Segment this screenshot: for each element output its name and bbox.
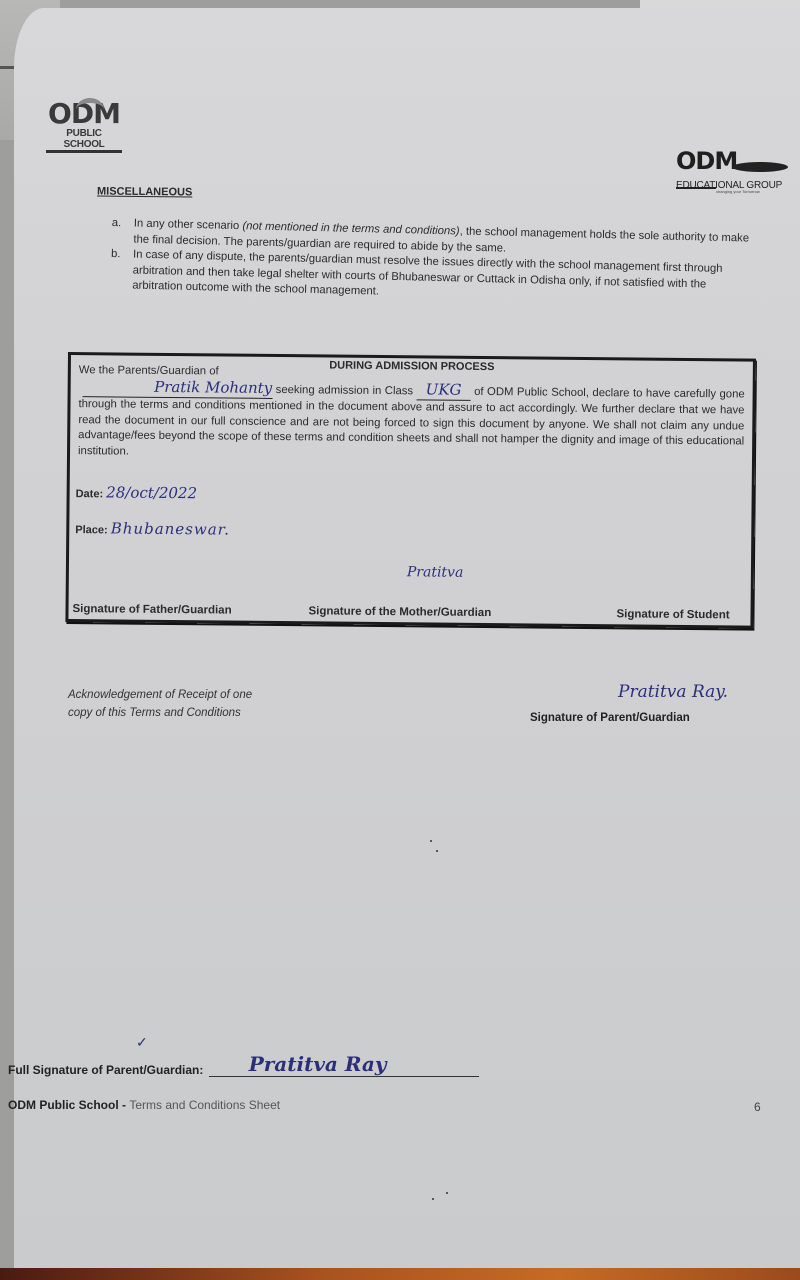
miscellaneous-list: a. In any other scenario (not mentioned … — [110, 216, 757, 309]
declaration-box: DURING ADMISSION PROCESS We the Parents/… — [65, 352, 756, 629]
parent-signature-label: Signature of Parent/Guardian — [530, 712, 690, 724]
acknowledgement-line: Acknowledgement of Receipt of one — [68, 686, 252, 704]
place-value: Bhubaneswar. — [111, 519, 230, 538]
class-field[interactable]: UKG — [417, 382, 471, 401]
full-signature-line[interactable]: Pratitva Ray — [209, 1052, 479, 1077]
full-signature-value: Pratitva Ray — [249, 1052, 387, 1076]
footer-separator: - — [119, 1098, 130, 1112]
father-signature-label: Signature of Father/Guardian — [72, 603, 231, 617]
footer-school: ODM Public School — [8, 1098, 119, 1112]
list-item-label: a. — [112, 216, 122, 232]
declaration-text-part: We the Parents/Guardian of — [79, 364, 219, 377]
acknowledgement-text: Acknowledgement of Receipt of one copy o… — [68, 686, 252, 722]
place-label: Place: — [75, 524, 108, 536]
acknowledgement-line: copy of this Terms and Conditions — [68, 704, 252, 722]
mother-signature-scribble: Pratitva — [407, 564, 464, 581]
logo-subtitle: PUBLIC SCHOOL — [46, 128, 122, 153]
odm-educational-group-logo: ODM EDUCATIONAL GROUP changing your Tomo… — [676, 148, 792, 194]
list-item-label: b. — [111, 247, 121, 263]
speck — [446, 1192, 448, 1194]
person-figure-icon — [76, 98, 104, 121]
declaration-text: We the Parents/Guardian of Pratik Mohant… — [78, 363, 745, 466]
speck — [430, 840, 432, 842]
parent-signature-scribble: Pratitva Ray. — [618, 682, 728, 702]
document-content: ODM PUBLIC SCHOOL ODM EDUCATIONAL GROUP … — [0, 0, 800, 1280]
section-title-miscellaneous: MISCELLANEOUS — [97, 186, 192, 199]
list-item-italic-text: (not mentioned in the terms and conditio… — [242, 220, 460, 237]
mother-signature-label: Signature of the Mother/Guardian — [308, 605, 491, 619]
list-item-text: In any other scenario — [134, 218, 243, 233]
date-value: 28/oct/2022 — [106, 483, 197, 502]
speck — [436, 850, 438, 852]
surfer-swoosh-icon — [732, 162, 788, 172]
page-number: 6 — [754, 1100, 761, 1114]
student-name-value: Pratik Mohanty — [154, 377, 272, 396]
footer-doc-title: Terms and Conditions Sheet — [129, 1098, 280, 1112]
full-signature-label: Full Signature of Parent/Guardian: — [8, 1063, 203, 1077]
full-signature-field[interactable]: Full Signature of Parent/Guardian: Prati… — [8, 1052, 479, 1077]
student-signature-label: Signature of Student — [616, 608, 729, 621]
odm-public-school-logo: ODM PUBLIC SCHOOL — [46, 100, 122, 153]
signature-row: Signature of Father/Guardian Signature o… — [72, 615, 740, 621]
check-mark-icon: ✓ — [136, 1034, 148, 1051]
student-name-field[interactable]: Pratik Mohanty — [82, 379, 272, 399]
date-field[interactable]: Date: 28/oct/2022 — [76, 483, 198, 502]
place-field[interactable]: Place: Bhubaneswar. — [75, 519, 230, 538]
declaration-text-part: seeking admission in Class — [276, 384, 413, 397]
speck — [432, 1198, 434, 1200]
date-label: Date: — [76, 488, 104, 500]
class-value: UKG — [426, 380, 462, 398]
page-footer: ODM Public School - Terms and Conditions… — [8, 1098, 280, 1112]
